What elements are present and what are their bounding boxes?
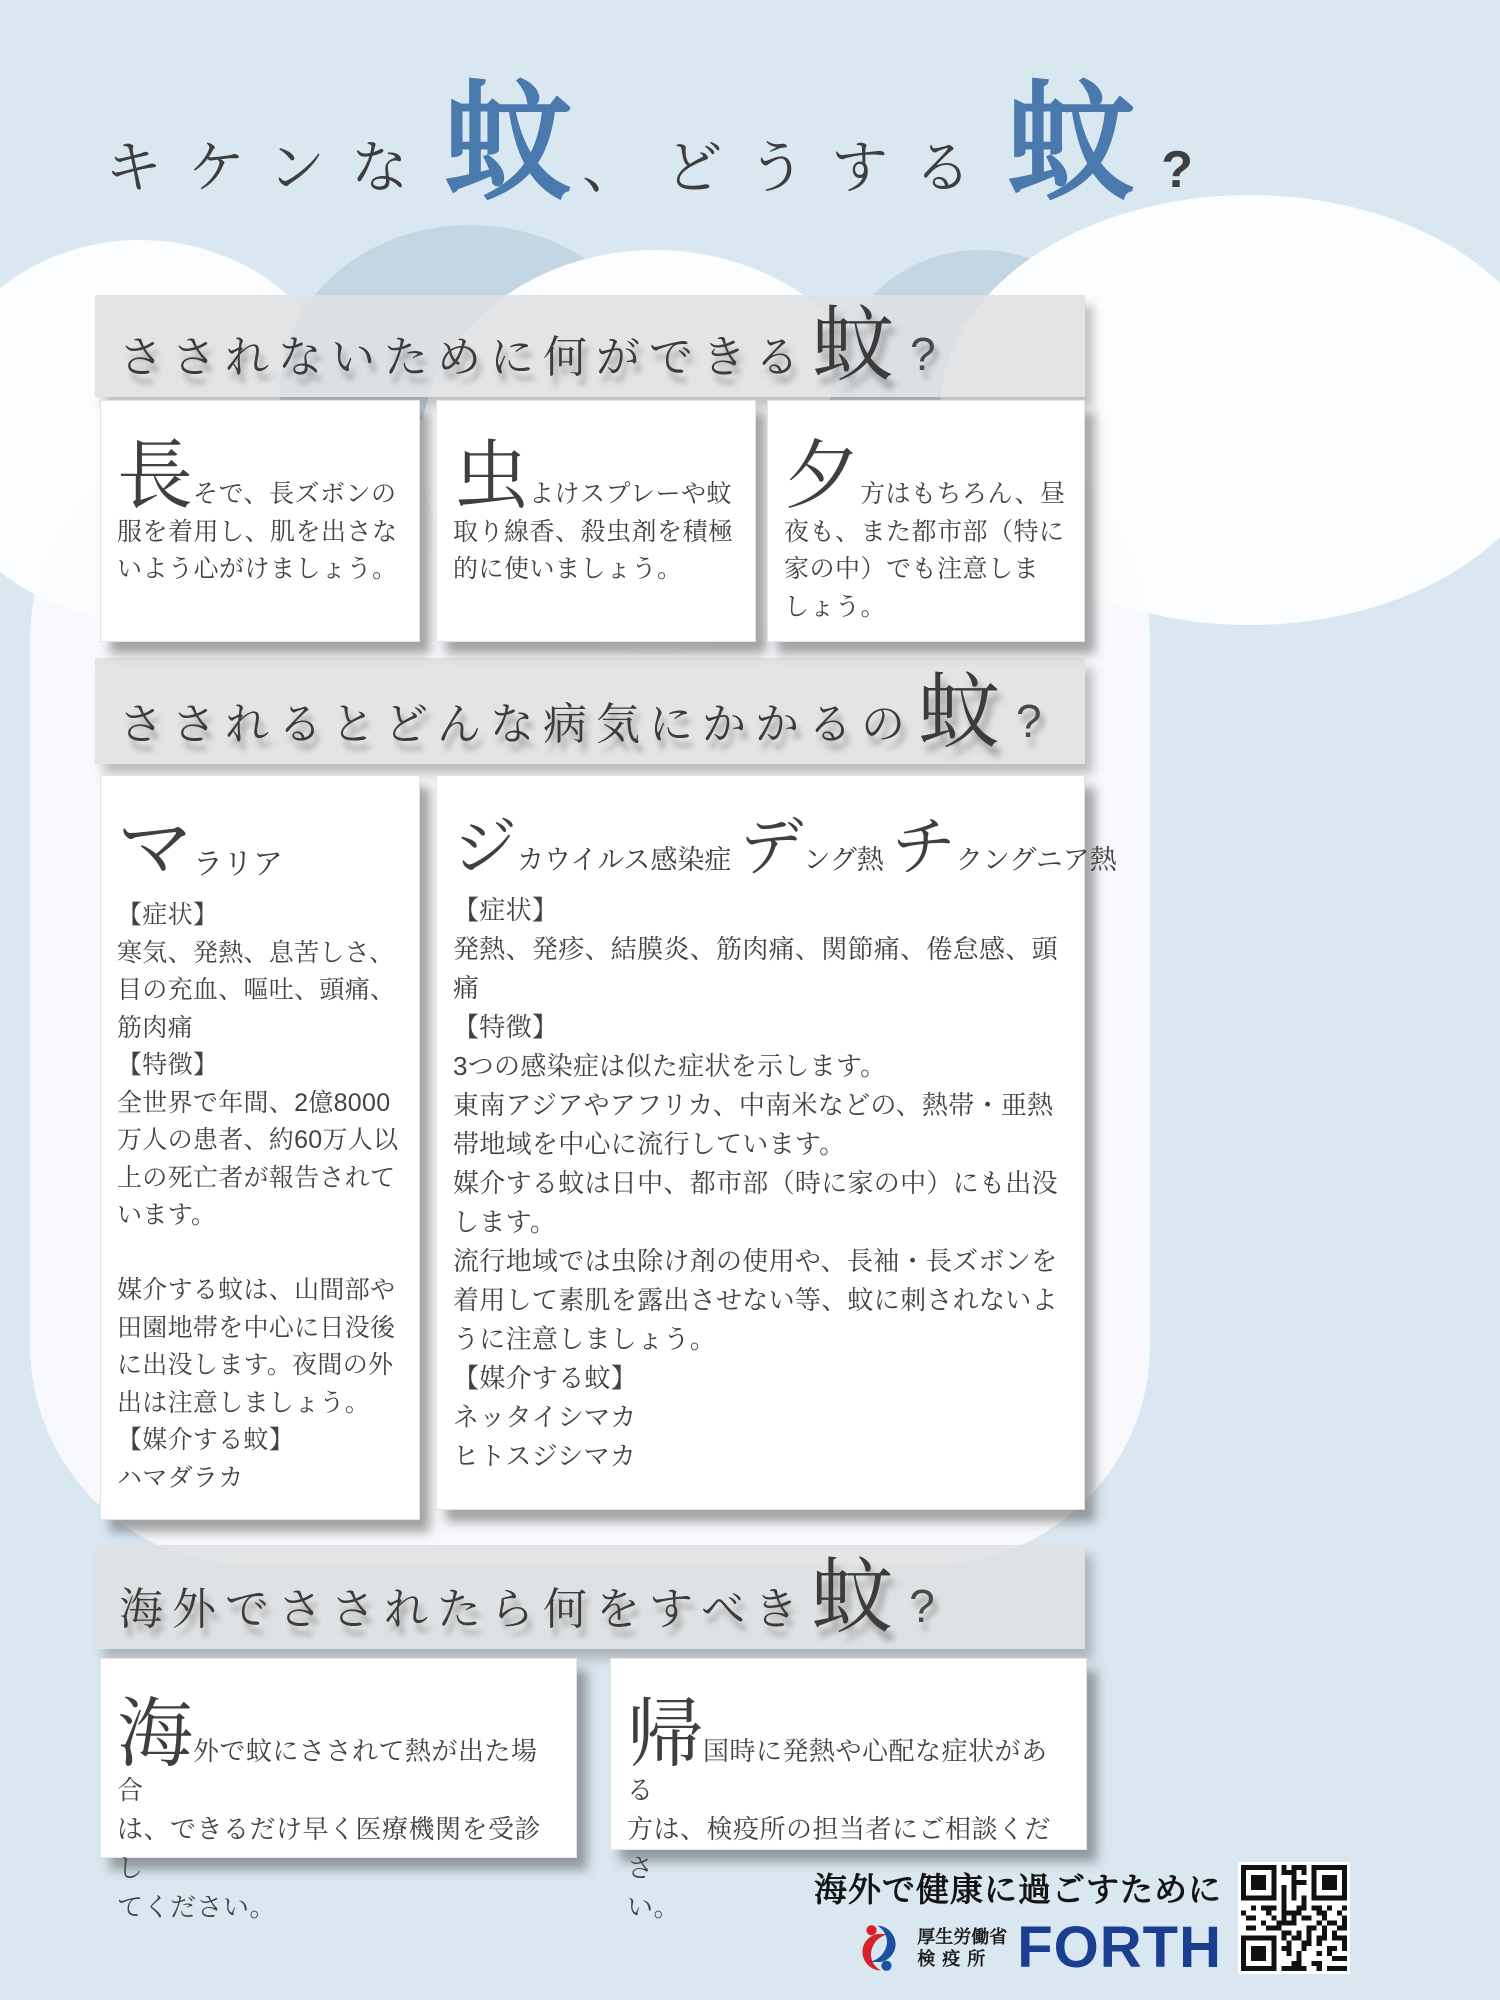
drop-cap: マ (117, 806, 193, 891)
section2-heading-text: さされるとどんな病気にかかるの (119, 688, 914, 752)
drop-cap: 長 (117, 434, 193, 519)
section1-question-mark: ? (910, 327, 936, 381)
poster-page: キケンな蚊、どうする蚊? さされないために何ができる蚊? 長そで、長ズボンの 服… (0, 0, 1500, 2000)
dengue-title-rest: ング熱 (803, 845, 883, 875)
card-text: 長そで、長ズボンの 服を着用し、肌を出さな いよう心がけましょう。 (117, 457, 405, 589)
drop-cap-chikungunya: チ (892, 811, 956, 883)
ministry-line2: 検疫所 (917, 1948, 1007, 1971)
section2-question-mark: ? (1016, 694, 1042, 748)
malaria-title-rest: ラリア (193, 848, 283, 881)
section1-mosquito-kanji: 蚊 (812, 307, 894, 385)
card-text: 虫よけスプレーや蚊 取り線香、殺虫剤を積極 的に使いましょう。 (453, 457, 741, 589)
poster-title: キケンな蚊、どうする蚊? (105, 40, 1193, 224)
prevention-card-long-sleeves: 長そで、長ズボンの 服を着用し、肌を出さな いよう心がけましょう。 (100, 400, 420, 642)
drop-cap: 海 (117, 1692, 193, 1777)
malaria-title: マラリア (117, 826, 405, 883)
section2-mosquito-kanji: 蚊 (918, 674, 1000, 752)
title-text-2: 、どうする (582, 122, 997, 204)
zika-title-rest: カウイルス感染症 (517, 845, 731, 875)
card-text: 海外で蚊にさされて熱が出た場合 は、できるだけ早く医療機関を受診し てください。 (117, 1715, 562, 1927)
section2-heading-bar: さされるとどんな病気にかかるの蚊? (95, 658, 1085, 764)
section1-heading-text: さされないために何ができる (119, 321, 808, 385)
title-mosquito-kanji-1: 蚊 (444, 40, 572, 224)
ministry-line1: 厚生労働省 (917, 1926, 1007, 1949)
section3-mosquito-kanji: 蚊 (811, 1559, 893, 1637)
drop-cap: 帰 (627, 1692, 703, 1777)
prevention-card-evening: 夕方はもちろん、昼 夜も、また都市部（特に 家の中）でも注意しま しょう。 (767, 400, 1085, 642)
ministry-name: 厚生労働省 検疫所 (917, 1926, 1007, 1971)
title-question-mark: ? (1161, 140, 1193, 200)
section3-heading-text: 海外でさされたら何をすべき (119, 1573, 807, 1637)
prevention-card-repellent: 虫よけスプレーや蚊 取り線香、殺虫剤を積極 的に使いましょう。 (436, 400, 756, 642)
qr-code (1238, 1862, 1350, 1974)
brand-row: 厚生労働省 検疫所 FORTH (851, 1919, 1222, 1977)
drop-cap: 夕 (784, 434, 860, 519)
drop-cap: 虫 (453, 434, 529, 519)
footer-tagline: 海外で健康に過ごすために (814, 1864, 1222, 1911)
drop-cap-zika: ジ (453, 811, 517, 883)
zika-dengue-chikungunya-body-text: 【症状】 発熱、発疹、結膜炎、筋肉痛、関節痛、倦怠感、頭 痛 【特徴】 3つの感… (453, 891, 1070, 1476)
footer: 海外で健康に過ごすために 厚生労働省 検疫所 FORTH (670, 1862, 1350, 1987)
disease-card-malaria: マラリア 【症状】 寒気、発熱、息苦しさ、 目の充血、嘔吐、頭痛、 筋肉痛 【特… (100, 775, 420, 1520)
zika-dengue-chikungunya-title: ジカウイルス感染症デング熱チクングニア熱 (453, 824, 1070, 877)
disease-card-zika-dengue-chikungunya: ジカウイルス感染症デング熱チクングニア熱 【症状】 発熱、発疹、結膜炎、筋肉痛、… (436, 775, 1085, 1510)
footer-brand-block: 海外で健康に過ごすために 厚生労働省 検疫所 FORTH (814, 1864, 1222, 1977)
title-mosquito-kanji-2: 蚊 (1007, 40, 1135, 224)
title-text-1: キケンな (105, 122, 434, 204)
action-card-abroad: 海外で蚊にさされて熱が出た場合 は、できるだけ早く医療機関を受診し てください。 (100, 1658, 577, 1858)
forth-logo: FORTH (1017, 1919, 1222, 1977)
mhlw-logo-icon (851, 1920, 907, 1976)
section3-heading-bar: 海外でさされたら何をすべき蚊? (95, 1545, 1085, 1649)
section3-question-mark: ? (909, 1579, 935, 1633)
action-card-return: 帰国時に発熱や心配な症状がある 方は、検疫所の担当者にご相談くださ い。 (610, 1658, 1087, 1850)
malaria-body-text: 【症状】 寒気、発熱、息苦しさ、 目の充血、嘔吐、頭痛、 筋肉痛 【特徴】 全世… (117, 897, 405, 1497)
chikungunya-title-rest: クングニア熱 (956, 845, 1117, 875)
section1-heading-bar: さされないために何ができる蚊? (95, 295, 1085, 397)
card-text: 夕方はもちろん、昼 夜も、また都市部（特に 家の中）でも注意しま しょう。 (784, 457, 1070, 626)
drop-cap-dengue: デ (739, 811, 803, 883)
